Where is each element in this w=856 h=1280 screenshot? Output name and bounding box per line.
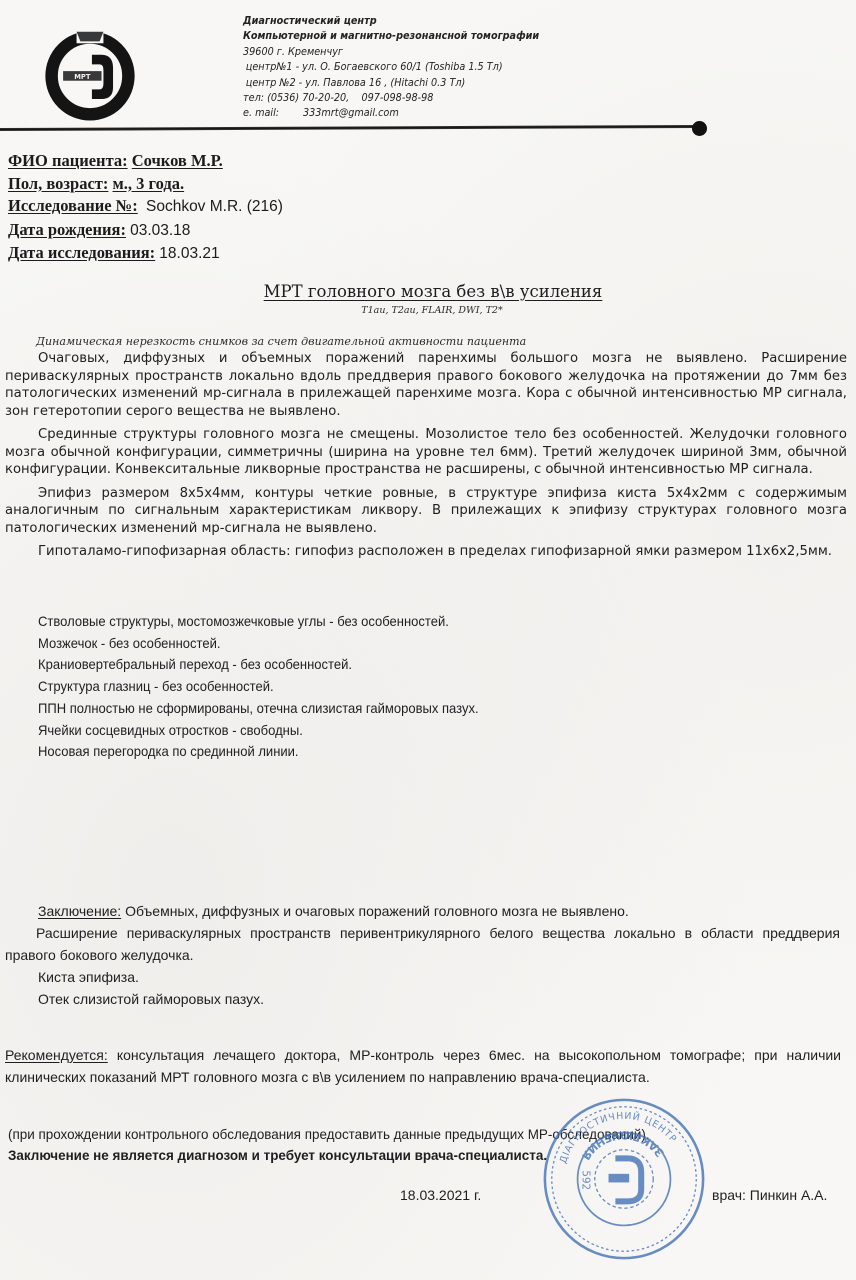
list-item: Стволовые структуры, мостомозжечковые уг… bbox=[38, 611, 479, 633]
patient-sex-age-row: Пол, возраст: м., 3 года. bbox=[8, 173, 283, 196]
doctor-signature: врач: Пинкин А.А. bbox=[712, 1187, 827, 1203]
document-page: МРТ Диагностический центр Компьютерной и… bbox=[0, 0, 856, 1280]
report-description: Очаговых, диффузных и объемных поражений… bbox=[5, 350, 847, 561]
clinic-header: Диагностический центр Компьютерной и маг… bbox=[243, 14, 539, 122]
header-divider bbox=[0, 125, 700, 131]
study-number-row: Исследование №: Sochkov M.R. (216) bbox=[8, 195, 283, 219]
study-number: Sochkov M.R. (216) bbox=[146, 198, 283, 215]
conclusion-text: Объемных, диффузных и очаговых поражений… bbox=[125, 903, 629, 919]
study-number-label: Исследование №: bbox=[8, 196, 138, 215]
email-label: e. mail: bbox=[243, 107, 279, 119]
clinic-logo-icon: МРТ bbox=[42, 26, 138, 122]
description-paragraph: Срединные структуры головного мозга не с… bbox=[5, 426, 847, 479]
patient-name-label: ФИО пациента: bbox=[8, 151, 128, 170]
phone-numbers: (0536) 70-20-20, 097-098-98-98 bbox=[267, 92, 433, 104]
org-email: e. mail:333mrt@gmail.com bbox=[243, 106, 539, 121]
signature-date: 18.03.2021 г. bbox=[400, 1187, 481, 1203]
birth-date-label: Дата рождения: bbox=[8, 220, 126, 239]
report-sequences: T1аи, T2аи, FLAIR, DWI, T2* bbox=[0, 305, 856, 316]
org-center2: центр №2 - ул. Павлова 16 , (Hitachi 0.3… bbox=[243, 76, 539, 91]
patient-name: Сочков М.Р. bbox=[132, 151, 223, 170]
conclusion-block: Заключение: Объемных, диффузных и очагов… bbox=[5, 900, 840, 1010]
patient-sex-age-label: Пол, возраст: bbox=[8, 174, 108, 193]
conclusion-line: Отек слизистой гайморовых пазух. bbox=[5, 988, 840, 1010]
patient-name-row: ФИО пациента: Сочков М.Р. bbox=[8, 150, 283, 173]
conclusion-label: Заключение: bbox=[38, 903, 121, 919]
list-item: Ячейки сосцевидных отростков - свободны. bbox=[38, 720, 479, 742]
motion-artifact-note: Динамическая нерезкость снимков за счет … bbox=[36, 334, 526, 348]
org-center1: центр№1 - ул. О. Богаевского 60/1 (Toshi… bbox=[243, 60, 539, 75]
phone-label: тел: bbox=[243, 92, 264, 104]
list-item: ППН полностью не сформированы, отечна сл… bbox=[38, 698, 479, 720]
conclusion-line: Расширение периваскулярных пространств п… bbox=[5, 922, 840, 966]
svg-text:МРТ: МРТ bbox=[74, 73, 91, 81]
report-title: МРТ головного мозга без в\в усиления bbox=[0, 282, 856, 301]
list-item: Носовая перегородка по срединной линии. bbox=[38, 741, 479, 763]
recommendation-label: Рекомендуется: bbox=[5, 1047, 108, 1063]
study-date-row: Дата исследования: 18.03.21 bbox=[8, 242, 283, 266]
birth-date: 03.03.18 bbox=[130, 222, 190, 239]
list-item: Структура глазниц - без особенностей. bbox=[38, 676, 479, 698]
org-name-line2: Компьютерной и магнитно-резонансной томо… bbox=[243, 29, 539, 44]
email-address: 333mrt@gmail.com bbox=[303, 107, 399, 119]
study-date-label: Дата исследования: bbox=[8, 243, 155, 262]
recommendation-text: консультация лечащего доктора, МР-контро… bbox=[5, 1047, 841, 1085]
description-paragraph: Гипоталамо-гипофизарная область: гипофиз… bbox=[5, 543, 847, 561]
org-phones: тел: (0536) 70-20-20, 097-098-98-98 bbox=[243, 91, 539, 106]
org-city: 39600 г. Кременчуг bbox=[243, 45, 539, 60]
divider-dot-icon bbox=[692, 121, 707, 136]
study-date: 18.03.21 bbox=[159, 245, 219, 262]
list-item: Мозжечок - без особенностей. bbox=[38, 633, 479, 655]
disclaimer: Заключение не является диагнозом и требу… bbox=[8, 1145, 814, 1166]
org-name-line1: Диагностический центр bbox=[243, 14, 539, 29]
recommendation-block: Рекомендуется: консультация лечащего док… bbox=[5, 1044, 841, 1088]
svg-text:592: 592 bbox=[580, 1170, 592, 1190]
findings-list: Стволовые структуры, мостомозжечковые уг… bbox=[38, 611, 479, 763]
footer-notes: (при прохождении контрольного обследован… bbox=[8, 1124, 814, 1166]
conclusion-line: Заключение: Объемных, диффузных и очагов… bbox=[5, 900, 840, 922]
patient-sex-age: м., 3 года. bbox=[113, 174, 185, 193]
list-item: Краниовертебральный переход - без особен… bbox=[38, 654, 479, 676]
birth-date-row: Дата рождения: 03.03.18 bbox=[8, 219, 283, 243]
follow-up-note: (при прохождении контрольного обследован… bbox=[8, 1124, 814, 1145]
clinic-stamp-icon: ДІАГНОСТИЧНИЙ ЦЕНТР ЗАКЛЮЧЕНИЯ 592 bbox=[538, 1093, 710, 1265]
description-paragraph: Очаговых, диффузных и объемных поражений… bbox=[5, 350, 847, 420]
description-paragraph: Эпифиз размером 8х5х4мм, контуры четкие … bbox=[5, 485, 847, 538]
patient-info: ФИО пациента: Сочков М.Р. Пол, возраст: … bbox=[8, 150, 283, 266]
conclusion-line: Киста эпифиза. bbox=[5, 966, 840, 988]
